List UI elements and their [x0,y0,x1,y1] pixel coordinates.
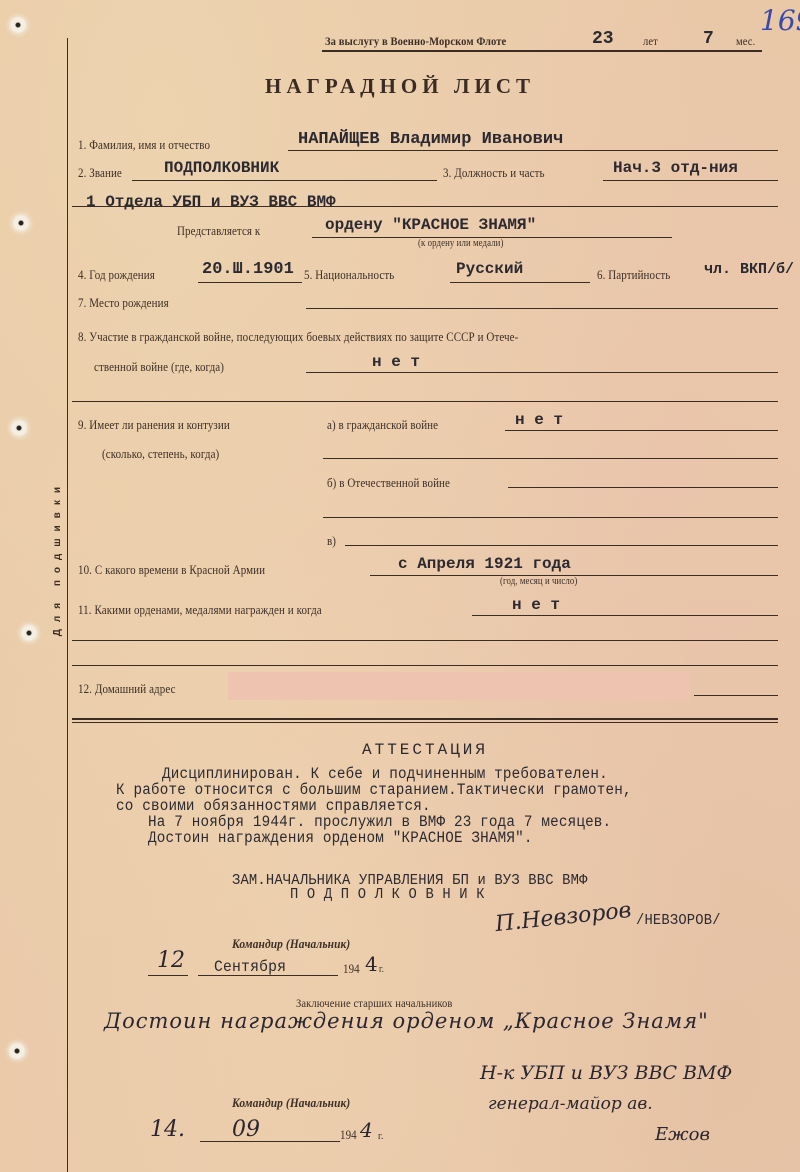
rule [694,695,778,696]
conclusion-date-year-end: г. [378,1130,383,1142]
rule [132,180,437,181]
punch-hole [8,210,34,236]
field-9c-label: в) [327,534,336,549]
document-title: НАГРАДНОЙ ЛИСТ [0,74,800,99]
rule [323,458,778,459]
conclusion-signature: Ежов [655,1124,710,1145]
field-1-value: НАПАЙЩЕВ Владимир Иванович [298,130,563,149]
rule [72,718,778,720]
margin-line [67,38,68,1172]
field-9a-label: а) в гражданской войне [327,418,438,433]
conclusion-date-year: 194 [340,1128,357,1143]
punch-hole [6,415,32,441]
signature: П.Невзоров [494,898,632,937]
rule [450,282,590,283]
rule [505,430,778,431]
rule [472,615,778,616]
rule [148,975,188,976]
field-2-label: 2. Звание [78,166,122,181]
field-10-value: с Апреля 1921 года [398,555,571,573]
attestation-date-year-end: г. [379,964,384,975]
field-10-label: 10. С какого времени в Красной Армии [78,563,265,578]
field-1-label: 1. Фамилия, имя и отчество [78,138,210,153]
rule [72,401,778,402]
nominated-label: Представляется к [177,224,260,239]
field-11-value: н е т [512,596,560,614]
field-5-label: 5. Национальность [304,268,394,283]
field-8-label-line2: ственной войне (где, когда) [94,360,224,375]
attestation-title: АТТЕСТАЦИЯ [0,741,800,759]
commander-label: Командир (Начальник) [232,936,350,952]
field-8-label-line1: 8. Участие в гражданской войне, последую… [78,330,518,345]
redacted-address [228,672,690,700]
field-5-value: Русский [456,260,523,278]
punch-hole [4,1038,30,1064]
rule [72,665,778,666]
conclusion-signer-line2: генерал-майор ав. [488,1094,653,1114]
punch-hole [16,620,42,646]
page-number: 169 [760,4,800,37]
service-years: 23 [592,29,614,49]
attestation-date-day: 12 [157,948,185,973]
field-6-label: 6. Партийность [597,268,670,283]
rule [508,487,778,488]
signer-rank: П О Д П О Л К О В Н И К [290,886,485,903]
rule [198,282,302,283]
attestation-line: Достоин награждения орденом "КРАСНОЕ ЗНА… [148,829,533,847]
attestation-date-year-digit: 4 [365,952,378,976]
service-years-label: лет [643,34,658,49]
attestation-date-month: Сентября [214,958,286,976]
field-3-value-continued: 1 Отдела УБП и ВУЗ ВВС ВМФ [86,193,336,211]
service-months-label: мес. [736,34,755,49]
rule [306,372,778,373]
field-4-value: 20.Ш.1901 [202,260,294,279]
attestation-date-year: 194 [343,962,360,977]
field-11-label: 11. Какими орденами, медалями награжден … [78,603,322,618]
rule [72,722,778,723]
field-4-label: 4. Год рождения [78,268,155,283]
service-months: 7 [703,29,714,49]
conclusion-date-year-digit: 4 [360,1118,373,1142]
punch-hole [5,12,31,38]
service-label: За выслугу в Военно-Морском Флоте [325,34,506,49]
field-3-value: Нач.3 отд-ния [613,159,738,177]
conclusion-text: Достоин награждения орденом „Красное Зна… [104,1009,709,1033]
field-7-label: 7. Место рождения [78,296,169,311]
rule [72,206,778,207]
rule [322,50,762,52]
field-2-value: ПОДПОЛКОВНИК [164,159,279,177]
field-6-value: чл. ВКП/б/ [704,261,794,278]
side-label: Для подшивки [52,480,66,636]
conclusion-commander-label: Командир (Начальник) [232,1095,350,1111]
rule [72,640,778,641]
rule [198,975,338,976]
field-9b-label: б) в Отечественной войне [327,476,450,491]
conclusion-signer-line1: Н-к УБП и ВУЗ ВВС ВМФ [480,1062,732,1084]
field-8-value: н е т [372,353,420,371]
field-12-label: 12. Домашний адрес [78,682,176,697]
rule [323,517,778,518]
field-9a-value: н е т [515,411,563,429]
conclusion-date-day: 14. [150,1117,185,1142]
rule [603,180,778,181]
field-9-sub-label: (сколько, степень, когда) [102,447,219,462]
signer-name: /НЕВЗОРОВ/ [636,912,721,929]
rule [345,545,778,546]
conclusion-date-month: 09 [232,1117,260,1142]
field-3-label: 3. Должность и часть [443,166,545,181]
field-9-label: 9. Имеет ли ранения и контузии [78,418,230,433]
rule [200,1141,340,1142]
rule [288,150,778,151]
rule [306,308,778,309]
field-10-hint: (год, месяц и число) [500,576,577,587]
nominated-value: ордену "КРАСНОЕ ЗНАМЯ" [325,216,536,234]
nominated-hint: (к ордену или медали) [418,238,503,249]
